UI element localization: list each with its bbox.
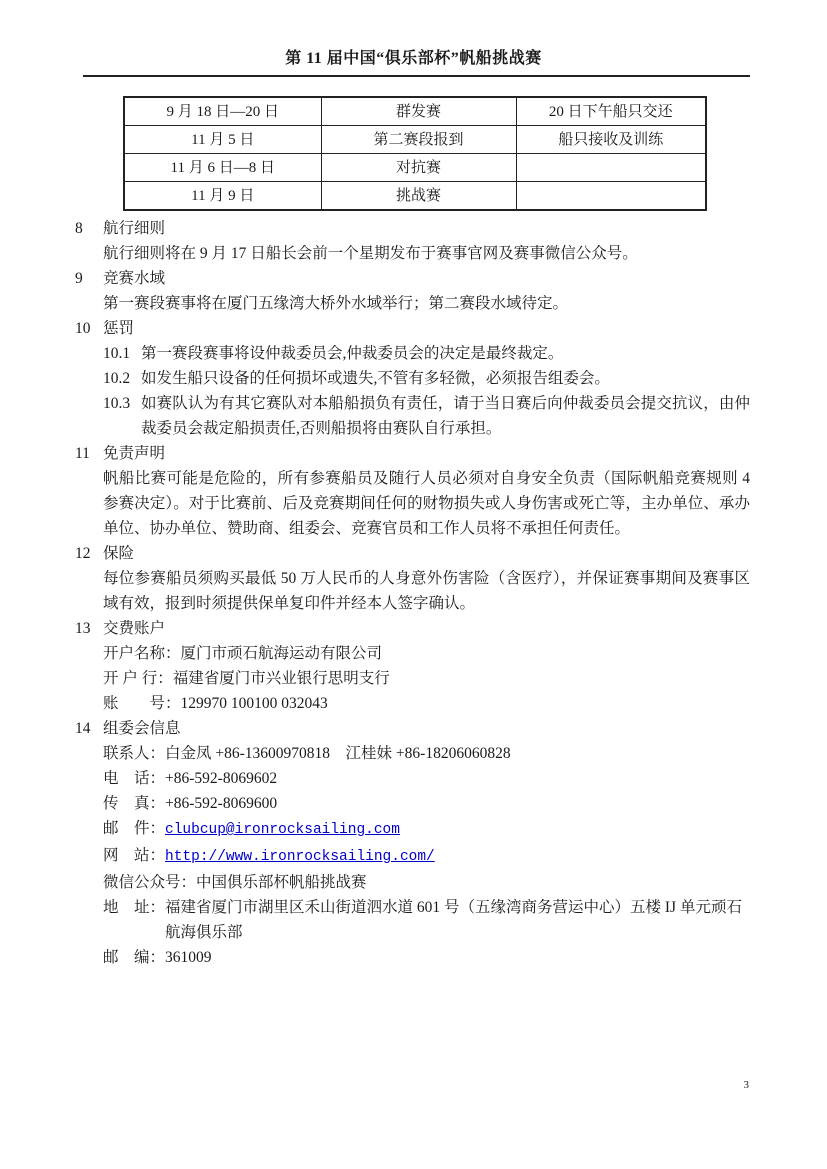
- cell-note: 20 日下午船只交还: [516, 97, 706, 126]
- section-number: 13: [75, 616, 103, 716]
- field-label: 开 户 行：: [103, 666, 173, 691]
- section-paragraph: 每位参赛船员须购买最低 50 万人民币的人身意外伤害险（含医疗），并保证赛事期间…: [103, 566, 750, 616]
- document-body: 8 航行细则 航行细则将在 9 月 17 日船长会前一个星期发布于赛事官网及赛事…: [0, 216, 827, 970]
- email-row: 邮 件： clubcup@ironrocksailing.com: [103, 816, 750, 843]
- cell-date: 11 月 9 日: [124, 182, 321, 211]
- field-value: +86-592-8069602: [165, 766, 750, 791]
- section-10: 10 惩罚 10.1 第一赛段赛事将设仲裁委员会,仲裁委员会的决定是最终裁定。 …: [75, 316, 750, 441]
- header-rule: [83, 75, 750, 77]
- section-14: 14 组委会信息 联系人： 白金凤 +86-13600970818 江桂妹 +8…: [75, 716, 750, 970]
- cell-date: 9 月 18 日—20 日: [124, 97, 321, 126]
- field-value: 厦门市顽石航海运动有限公司: [181, 641, 750, 666]
- section-11: 11 免责声明 帆船比赛可能是危险的，所有参赛船员及随行人员必须对自身安全负责（…: [75, 441, 750, 541]
- cell-note: 船只接收及训练: [516, 126, 706, 154]
- field-label: 网 站：: [103, 843, 165, 870]
- bank-account-name-row: 开户名称： 厦门市顽石航海运动有限公司: [103, 641, 750, 666]
- section-number: 9: [75, 266, 103, 316]
- field-label: 邮 编：: [103, 945, 165, 970]
- section-paragraph: 第一赛段赛事将在厦门五缘湾大桥外水域举行；第二赛段水域待定。: [103, 291, 750, 316]
- clause-text: 第一赛段赛事将设仲裁委员会,仲裁委员会的决定是最终裁定。: [141, 341, 750, 366]
- clause-number: 10.3: [103, 391, 141, 441]
- document-page: 第 11 届中国“俱乐部杯”帆船挑战赛 9 月 18 日—20 日 群发赛 20…: [0, 0, 827, 1169]
- section-title: 保险: [103, 541, 750, 566]
- clause-10-1: 10.1 第一赛段赛事将设仲裁委员会,仲裁委员会的决定是最终裁定。: [103, 341, 750, 366]
- field-value: 福建省厦门市湖里区禾山街道泗水道 601 号（五缘湾商务营运中心）五楼 IJ 单…: [165, 895, 750, 945]
- schedule-table: 9 月 18 日—20 日 群发赛 20 日下午船只交还 11 月 5 日 第二…: [123, 96, 707, 211]
- cell-event: 挑战赛: [321, 182, 516, 211]
- section-number: 12: [75, 541, 103, 616]
- section-title: 免责声明: [103, 441, 750, 466]
- clause-text: 如赛队认为有其它赛队对本船船损负有责任，请于当日赛后向仲裁委员会提交抗议，由仲裁…: [141, 391, 750, 441]
- email-link[interactable]: clubcup@ironrocksailing.com: [165, 822, 400, 838]
- fax-row: 传 真： +86-592-8069600: [103, 791, 750, 816]
- bank-account-number-row: 账 号： 129970 100100 032043: [103, 691, 750, 716]
- clause-10-2: 10.2 如发生船只设备的任何损坏或遗失,不管有多轻微，必须报告组委会。: [103, 366, 750, 391]
- field-label: 开户名称：: [103, 641, 181, 666]
- contact-person-row: 联系人： 白金凤 +86-13600970818 江桂妹 +86-1820606…: [103, 741, 750, 766]
- section-title: 交费账户: [103, 616, 750, 641]
- clause-10-3: 10.3 如赛队认为有其它赛队对本船船损负有责任，请于当日赛后向仲裁委员会提交抗…: [103, 391, 750, 441]
- clause-text: 如发生船只设备的任何损坏或遗失,不管有多轻微，必须报告组委会。: [141, 366, 750, 391]
- section-12: 12 保险 每位参赛船员须购买最低 50 万人民币的人身意外伤害险（含医疗），并…: [75, 541, 750, 616]
- document-title: 第 11 届中国“俱乐部杯”帆船挑战赛: [0, 0, 827, 70]
- section-number: 11: [75, 441, 103, 541]
- table-row: 11 月 5 日 第二赛段报到 船只接收及训练: [124, 126, 706, 154]
- section-title: 惩罚: [103, 316, 750, 341]
- field-value: 129970 100100 032043: [181, 691, 750, 716]
- field-label: 电 话：: [103, 766, 165, 791]
- phone-row: 电 话： +86-592-8069602: [103, 766, 750, 791]
- section-paragraph: 帆船比赛可能是危险的，所有参赛船员及随行人员必须对自身安全负责（国际帆船竞赛规则…: [103, 466, 750, 541]
- cell-date: 11 月 6 日—8 日: [124, 154, 321, 182]
- cell-note: [516, 182, 706, 211]
- field-value: 361009: [165, 945, 750, 970]
- website-row: 网 站： http://www.ironrocksailing.com/: [103, 843, 750, 870]
- cell-event: 第二赛段报到: [321, 126, 516, 154]
- section-13: 13 交费账户 开户名称： 厦门市顽石航海运动有限公司 开 户 行： 福建省厦门…: [75, 616, 750, 716]
- field-label: 地 址：: [103, 895, 165, 945]
- bank-branch-row: 开 户 行： 福建省厦门市兴业银行思明支行: [103, 666, 750, 691]
- cell-event: 群发赛: [321, 97, 516, 126]
- website-link[interactable]: http://www.ironrocksailing.com/: [165, 849, 435, 865]
- field-label: 邮 件：: [103, 816, 165, 843]
- section-9: 9 竞赛水域 第一赛段赛事将在厦门五缘湾大桥外水域举行；第二赛段水域待定。: [75, 266, 750, 316]
- section-title: 航行细则: [103, 216, 750, 241]
- cell-note: [516, 154, 706, 182]
- field-label: 传 真：: [103, 791, 165, 816]
- clause-number: 10.1: [103, 341, 141, 366]
- section-number: 14: [75, 716, 103, 970]
- page-number: 3: [744, 1078, 750, 1092]
- section-title: 竞赛水域: [103, 266, 750, 291]
- cell-date: 11 月 5 日: [124, 126, 321, 154]
- table-row: 9 月 18 日—20 日 群发赛 20 日下午船只交还: [124, 97, 706, 126]
- field-label: 联系人：: [103, 741, 165, 766]
- section-number: 10: [75, 316, 103, 441]
- field-label: 账 号：: [103, 691, 181, 716]
- field-value: 白金凤 +86-13600970818 江桂妹 +86-18206060828: [165, 741, 750, 766]
- field-value: 福建省厦门市兴业银行思明支行: [173, 666, 750, 691]
- table-row: 11 月 6 日—8 日 对抗赛: [124, 154, 706, 182]
- cell-event: 对抗赛: [321, 154, 516, 182]
- clause-number: 10.2: [103, 366, 141, 391]
- section-title: 组委会信息: [103, 716, 750, 741]
- section-paragraph: 航行细则将在 9 月 17 日船长会前一个星期发布于赛事官网及赛事微信公众号。: [103, 241, 750, 266]
- field-label: 微信公众号：: [103, 870, 196, 895]
- section-number: 8: [75, 216, 103, 266]
- field-value: 中国俱乐部杯帆船挑战赛: [196, 870, 750, 895]
- wechat-row: 微信公众号： 中国俱乐部杯帆船挑战赛: [103, 870, 750, 895]
- field-value: +86-592-8069600: [165, 791, 750, 816]
- zip-row: 邮 编： 361009: [103, 945, 750, 970]
- address-row: 地 址： 福建省厦门市湖里区禾山街道泗水道 601 号（五缘湾商务营运中心）五楼…: [103, 895, 750, 945]
- section-8: 8 航行细则 航行细则将在 9 月 17 日船长会前一个星期发布于赛事官网及赛事…: [75, 216, 750, 266]
- table-row: 11 月 9 日 挑战赛: [124, 182, 706, 211]
